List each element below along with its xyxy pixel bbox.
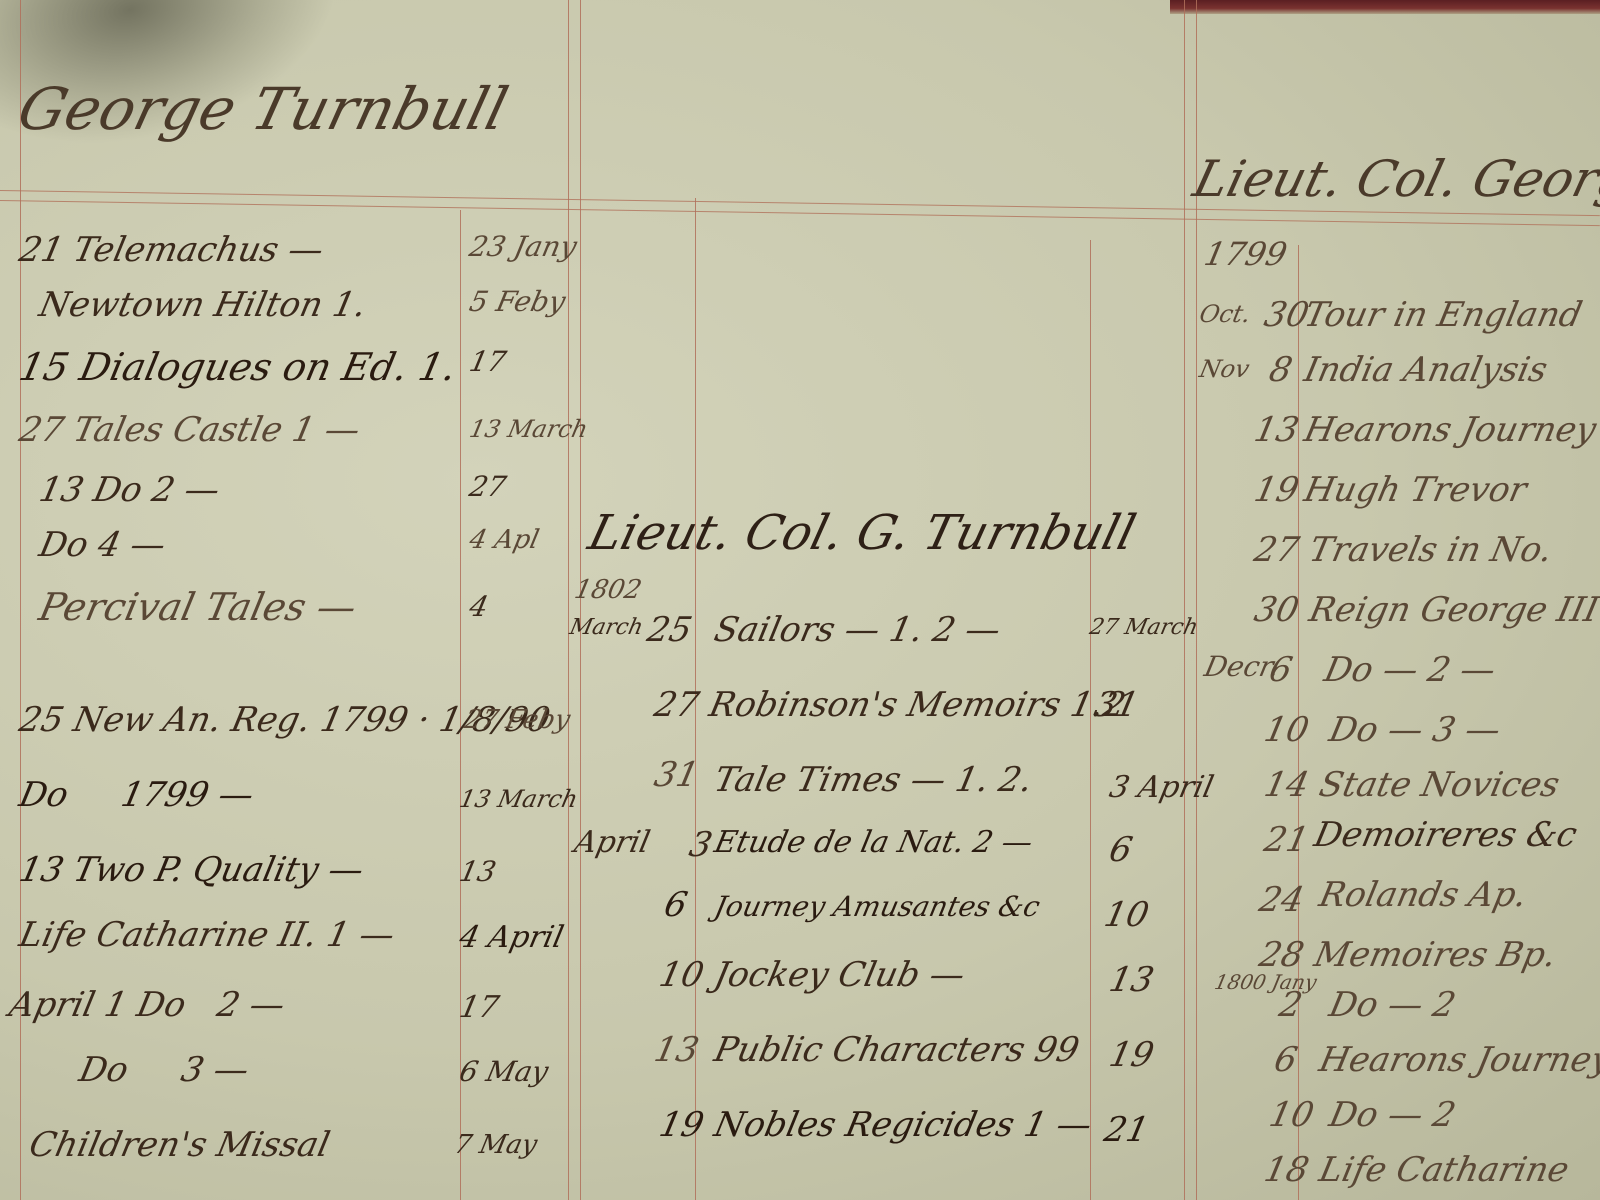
- ledger-row: Tour in England: [1301, 295, 1586, 335]
- ledger-row: Journey Amusantes &c: [711, 890, 1042, 923]
- day-label: 13: [1251, 410, 1303, 450]
- ledger-row: Reign George III: [1306, 590, 1600, 630]
- ledger-row: Do — 2: [1326, 985, 1459, 1025]
- ledger-row: Hearons Journey: [1301, 410, 1600, 450]
- day-label: 10: [1266, 1095, 1318, 1135]
- day-label: 10: [656, 955, 708, 995]
- ledger-row: Do 3 —: [76, 1050, 253, 1090]
- return-date: 31: [1091, 685, 1143, 725]
- ledger-row: Newtown Hilton 1.: [36, 285, 370, 325]
- ledger-row: Hugh Trevor: [1301, 470, 1531, 510]
- year-label: 1802: [572, 575, 645, 605]
- return-date: 13: [456, 855, 499, 888]
- ledger-row: Life Catharine: [1316, 1150, 1573, 1190]
- ledger-row: Do 1799 —: [16, 775, 258, 815]
- ledger-row: Do — 3 —: [1326, 710, 1504, 750]
- book-cover-edge: [1170, 0, 1600, 14]
- return-date: 3 April: [1106, 770, 1216, 805]
- day-label: 25: [644, 610, 696, 650]
- day-label: 13: [651, 1030, 703, 1070]
- return-date: 27: [466, 470, 509, 503]
- return-date: 4 April: [456, 920, 566, 955]
- day-label: 19: [656, 1105, 708, 1145]
- return-date: 5 Feby: [466, 285, 568, 318]
- page-rule: [1184, 0, 1185, 1200]
- ledger-row: Tale Times — 1. 2.: [711, 760, 1036, 800]
- ledger-row: Life Catharine II. 1 —: [16, 915, 398, 955]
- return-date: 7 May: [452, 1130, 540, 1160]
- day-label: 19: [1251, 470, 1303, 510]
- ledger-row: Do 4 —: [36, 525, 170, 565]
- return-date: 17: [466, 345, 509, 378]
- page-rule: [568, 0, 569, 1200]
- return-date: 21: [1101, 1110, 1153, 1150]
- month-label: April: [571, 825, 653, 860]
- ledger-row: Public Characters 99: [711, 1030, 1083, 1070]
- day-label: 27: [651, 685, 703, 725]
- return-date: 27 Feby: [462, 705, 573, 735]
- right-page-heading: Lieut. Col. George: [1188, 150, 1600, 208]
- return-date: 6 May: [456, 1055, 551, 1088]
- ledger-row: Do — 2 —: [1321, 650, 1499, 690]
- return-date: 19: [1106, 1035, 1158, 1075]
- ledger-row: Rolands Ap.: [1316, 875, 1531, 915]
- ledger-row: Travels in No.: [1306, 530, 1556, 570]
- month-label: Oct.: [1197, 300, 1253, 328]
- ledger-row: 15 Dialogues on Ed. 1.: [15, 345, 460, 389]
- day-label: 14: [1261, 765, 1313, 805]
- middle-page-heading: Lieut. Col. G. Turnbull: [583, 505, 1141, 561]
- day-label: 30: [1251, 590, 1303, 630]
- day-label: 28: [1256, 935, 1308, 975]
- ledger-row: Robinson's Memoirs 1.2: [706, 685, 1130, 725]
- day-label: 18: [1261, 1150, 1313, 1190]
- return-date: 23 Jany: [466, 230, 579, 263]
- ledger-row: State Novices: [1316, 765, 1563, 805]
- ledger-row: 21 Telemachus —: [16, 230, 327, 270]
- left-page-heading: George Turnbull: [12, 75, 515, 143]
- ledger-row: Demoireres &c: [1311, 815, 1581, 855]
- ledger-row: 13 Do 2 —: [36, 470, 224, 510]
- ledger-row: Nobles Regicides 1 —: [711, 1105, 1096, 1145]
- ledger-row: Do — 2: [1326, 1095, 1459, 1135]
- day-label: 24: [1256, 880, 1308, 920]
- ledger-row: April 1 Do 2 —: [6, 985, 289, 1025]
- month-label: Nov: [1197, 355, 1252, 383]
- day-label: 10: [1261, 710, 1313, 750]
- return-date: 27 March: [1087, 615, 1200, 640]
- return-date: 17: [456, 990, 502, 1025]
- ledger-row: Etude de la Nat. 2 —: [711, 825, 1036, 860]
- ledger-row: Memoires Bp.: [1311, 935, 1560, 975]
- return-date: 13 March: [457, 785, 580, 813]
- day-label: 27: [1251, 530, 1303, 570]
- day-label: 21: [1261, 820, 1313, 860]
- return-date: 4 Apl: [467, 525, 542, 555]
- return-date: 13: [1106, 960, 1158, 1000]
- return-date: 13 March: [467, 415, 590, 443]
- year-label: 1799: [1201, 235, 1291, 273]
- ledger-row: Percival Tales —: [35, 585, 360, 629]
- ledger-row: Jockey Club —: [711, 955, 969, 995]
- ledger-row: 27 Tales Castle 1 —: [16, 410, 364, 450]
- return-date: 10: [1101, 895, 1153, 935]
- month-label: March: [567, 615, 645, 640]
- ledger-row: Children's Missal: [26, 1125, 334, 1165]
- ledger-row: 13 Two P. Quality —: [16, 850, 368, 890]
- ledger-row: Sailors — 1. 2 —: [711, 610, 1004, 650]
- ledger-row: India Analysis: [1301, 350, 1551, 390]
- ledger-row: Hearons Journey: [1316, 1040, 1600, 1080]
- day-label: 31: [651, 755, 703, 795]
